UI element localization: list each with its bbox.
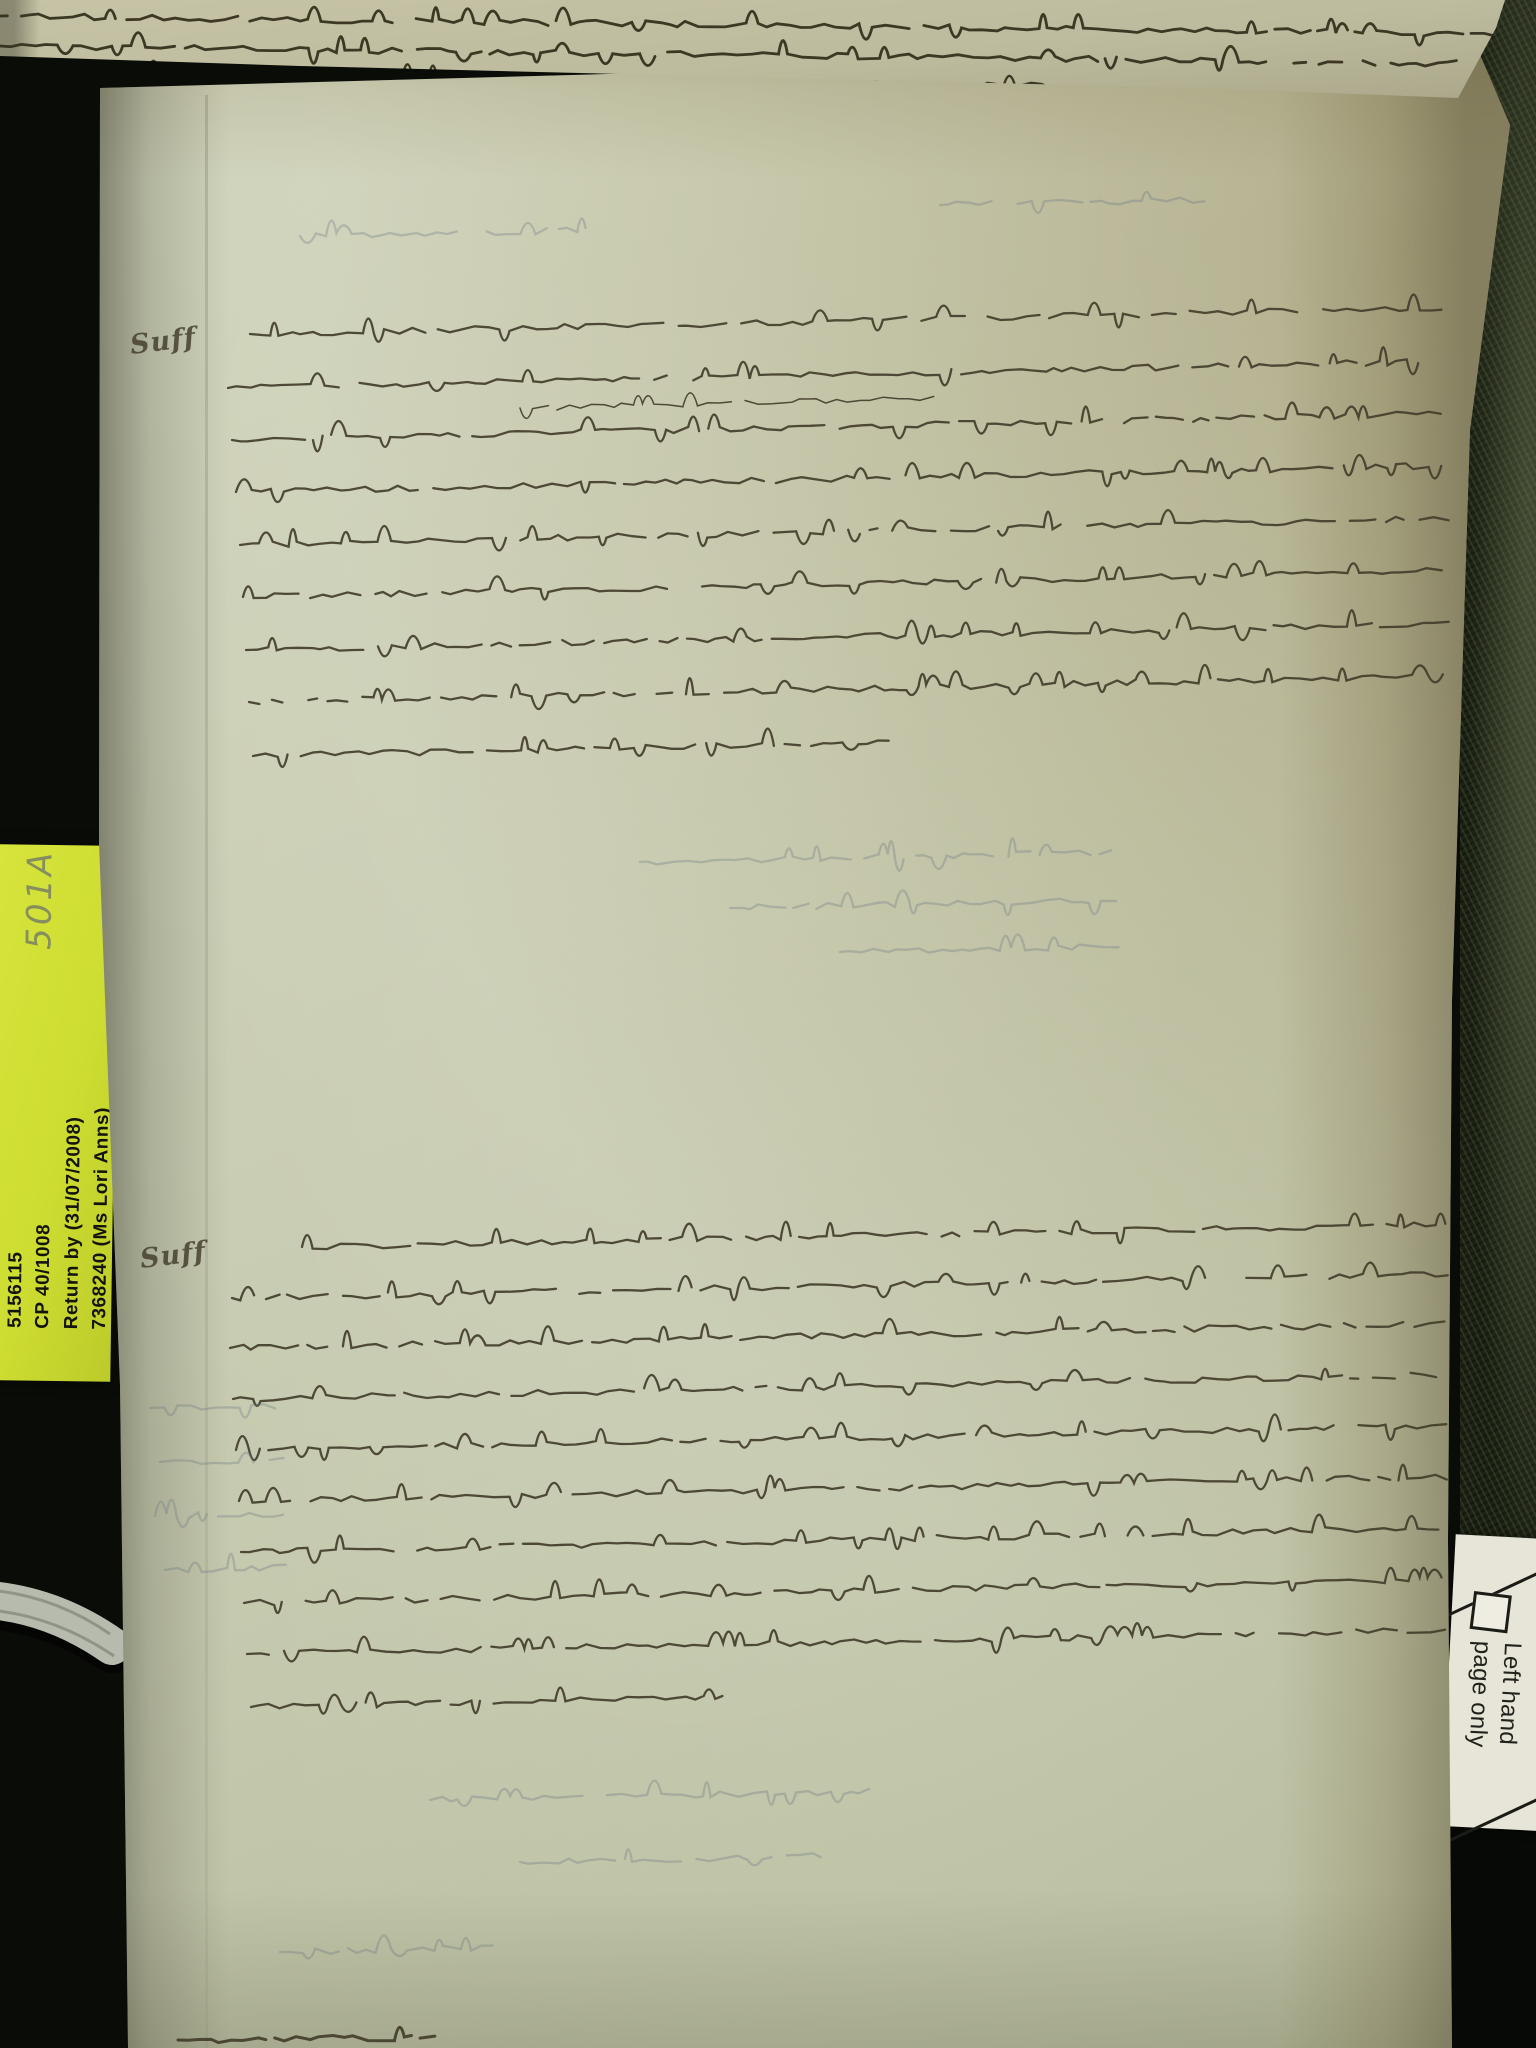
archive-photograph: Left hand page only 501A 5156115 CP 40/1… bbox=[0, 0, 1536, 2048]
page-vertical-crease bbox=[205, 95, 208, 2048]
note-barcode-number: 5156115 bbox=[2, 1233, 29, 1328]
page-edge-staining bbox=[0, 0, 1536, 2048]
archive-sticky-note: 501A 5156115 CP 40/1008 Return by (31/07… bbox=[0, 844, 118, 1382]
page-tag-text: Left hand page only bbox=[1457, 1640, 1527, 1843]
note-return-by-date: Return by (31/07/2008) bbox=[59, 1069, 89, 1329]
page-tag-checkbox bbox=[1470, 1591, 1512, 1633]
pencil-shelfmark: 501A bbox=[19, 840, 61, 951]
note-document-reference: CP 40/1008 bbox=[30, 1179, 58, 1329]
manuscript-page: Suff Suff bbox=[0, 0, 1536, 2048]
page-tag-card: Left hand page only bbox=[1440, 1534, 1536, 1833]
